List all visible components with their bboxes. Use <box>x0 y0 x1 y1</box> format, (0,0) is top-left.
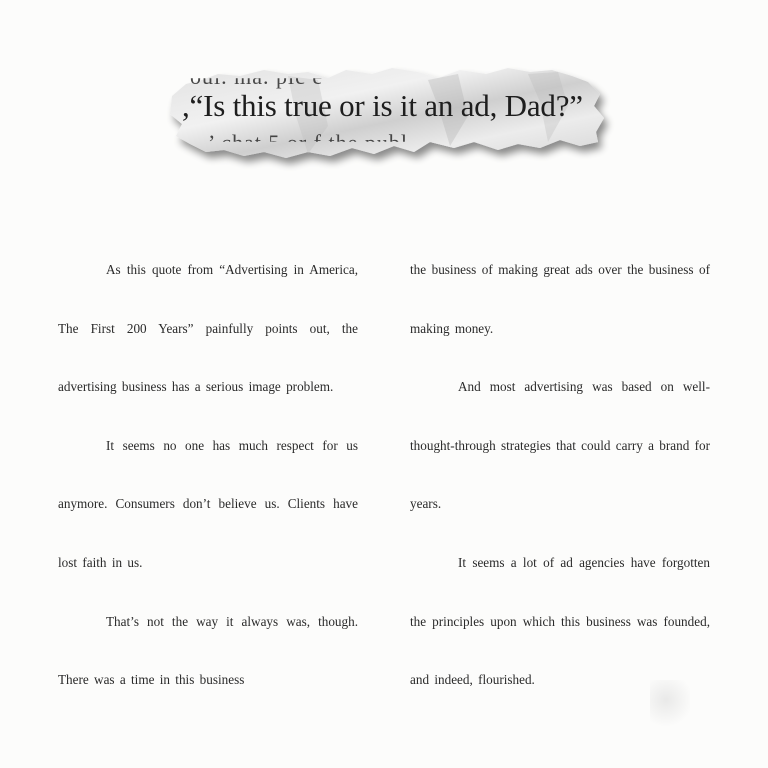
right-text-column: the business of making great ads over th… <box>410 241 710 710</box>
page: oui. ma. pic e ,“Is this true or is it a… <box>0 0 768 768</box>
left-text-column: As this quote from “Advertising in Ameri… <box>58 241 358 710</box>
torn-newspaper-clipping: oui. ma. pic e ,“Is this true or is it a… <box>168 66 608 166</box>
paragraph: That’s not the way it always was, though… <box>58 593 358 710</box>
paragraph: the business of making great ads over th… <box>410 241 710 358</box>
paragraph: It seems no one has much respect for us … <box>58 417 358 593</box>
paragraph: As this quote from “Advertising in Ameri… <box>58 241 358 417</box>
clipping-headline: ,“Is this true or is it an ad, Dad?” <box>182 88 583 124</box>
paragraph: And most advertising was based on well-t… <box>410 358 710 534</box>
print-speck <box>650 680 690 730</box>
